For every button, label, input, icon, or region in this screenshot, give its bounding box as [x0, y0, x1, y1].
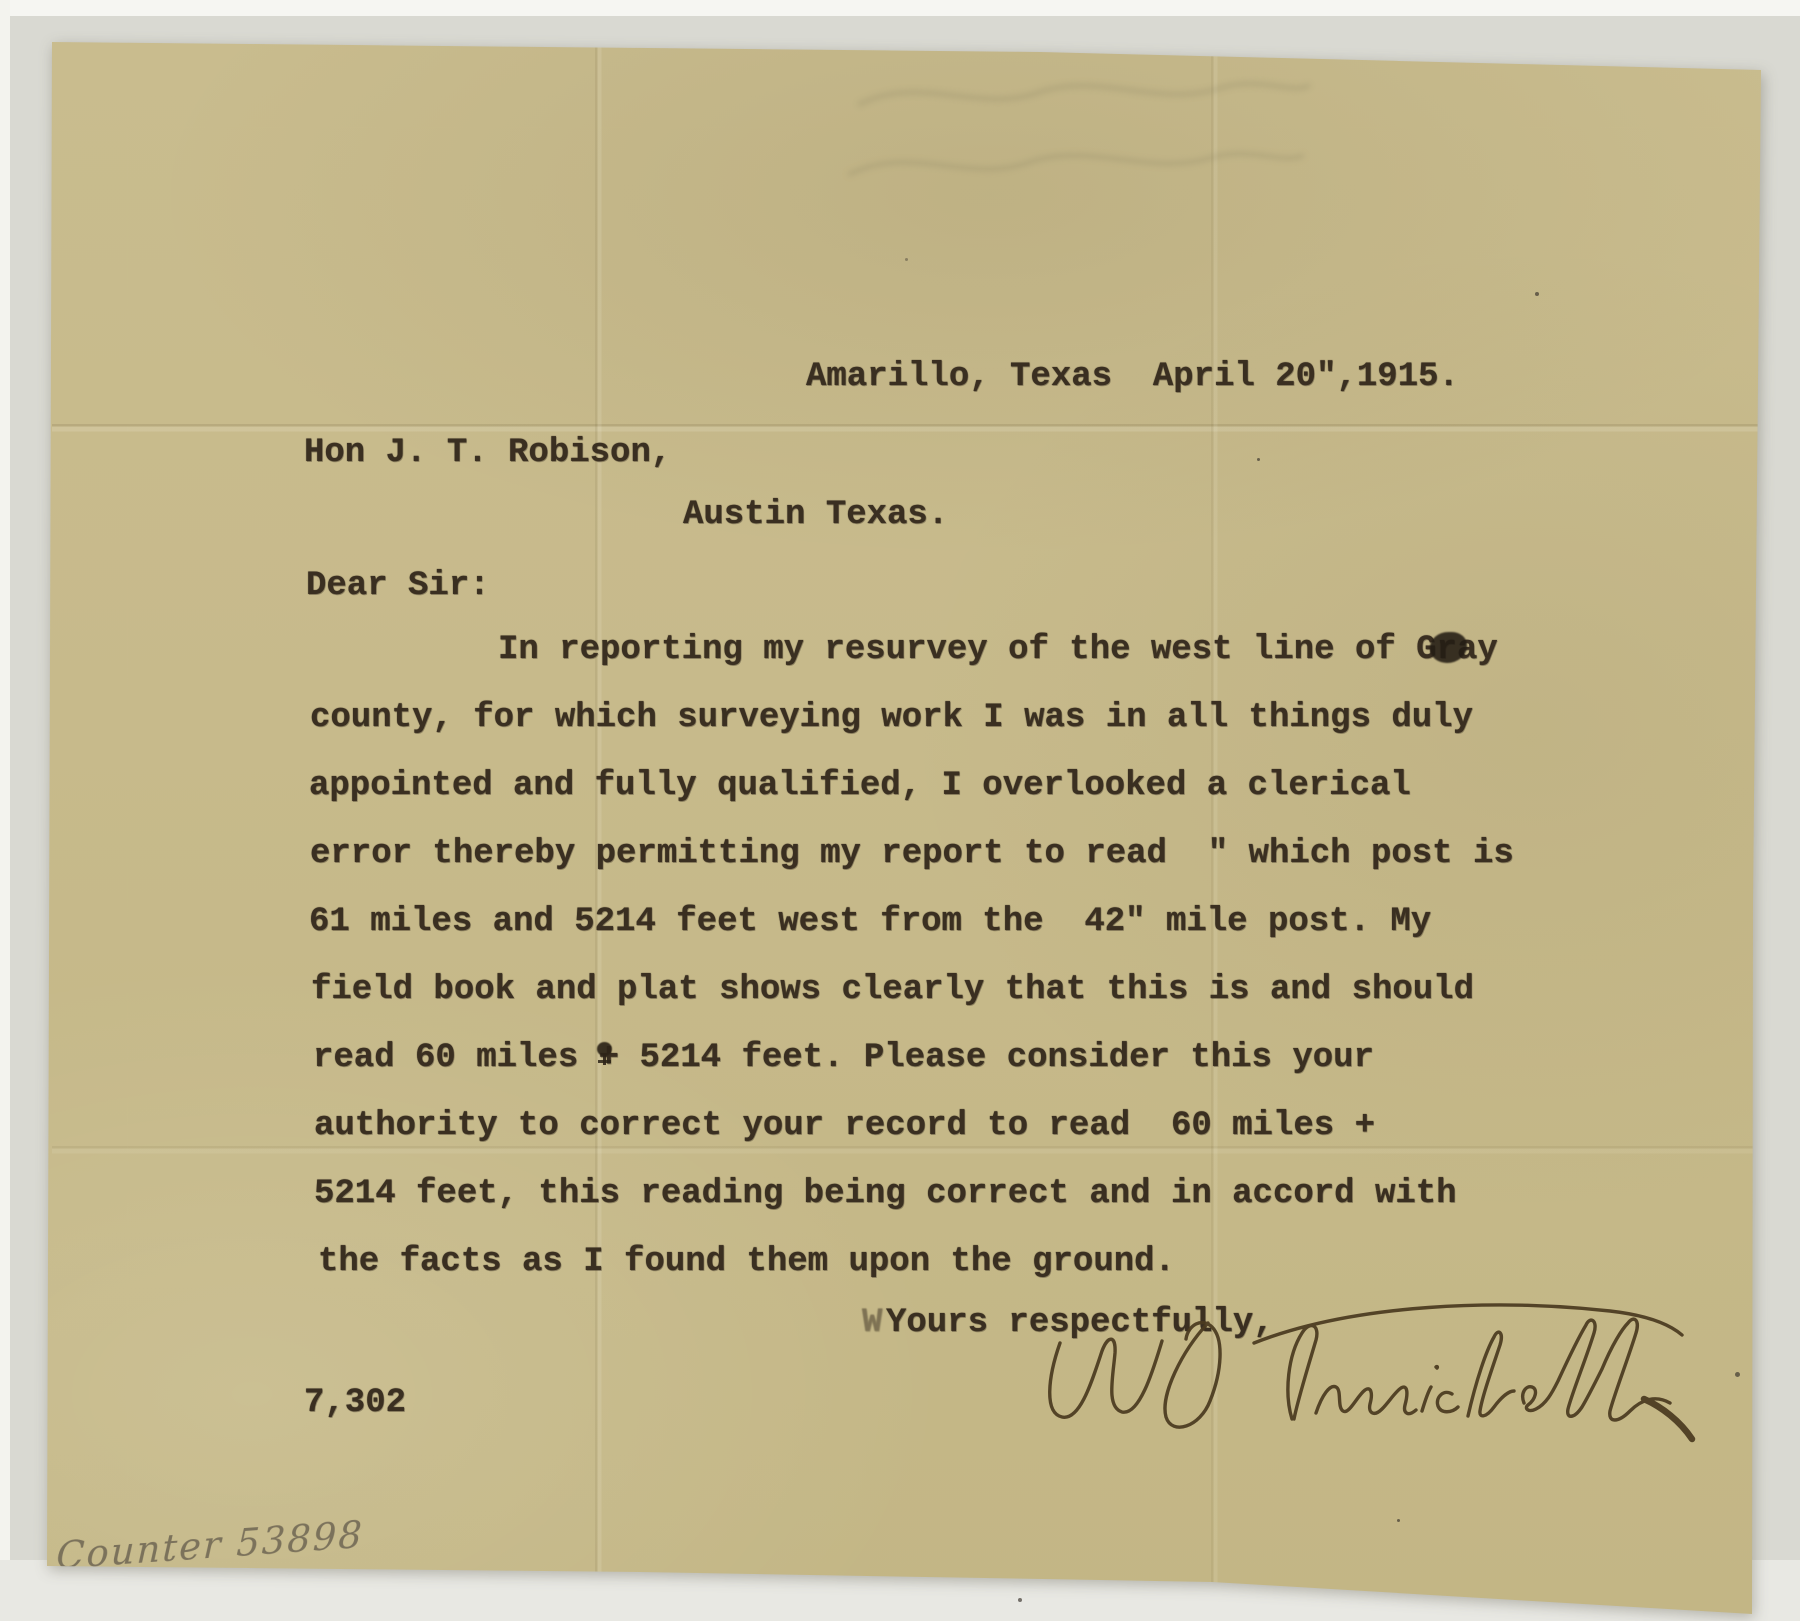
- body-line: 5214 feet, this reading being correct an…: [314, 1173, 1457, 1215]
- salutation: Dear Sir:: [306, 565, 490, 607]
- ink-speck: [905, 258, 908, 261]
- ink-speck: [1397, 1519, 1400, 1522]
- body-line: authority to correct your record to read…: [314, 1105, 1375, 1147]
- body-line: read 60 miles + 5214 feet. Please consid…: [313, 1037, 1374, 1079]
- vertical-fold-crease: [595, 42, 604, 1602]
- recipient-city-line: Austin Texas.: [683, 494, 948, 536]
- body-line: In reporting my resurvey of the west lin…: [498, 629, 1498, 671]
- scanned-letter-page: { "colors": { "bg": "#d9d9d2", "paper": …: [0, 0, 1800, 1621]
- body-line: 61 miles and 5214 feet west from the 42"…: [309, 901, 1431, 943]
- ink-speck: [1535, 292, 1539, 296]
- recipient-line: Hon J. T. Robison,: [304, 432, 671, 474]
- body-line: county, for which surveying work I was i…: [310, 697, 1473, 739]
- ink-speck: [1018, 1598, 1022, 1602]
- body-line: error thereby permitting my report to re…: [310, 833, 1514, 875]
- ink-speck: [1735, 1372, 1740, 1377]
- paper-sheet-wrap: Amarillo, Texas April 20",1915. Hon J. T…: [0, 0, 1800, 1621]
- body-line: appointed and fully qualified, I overloo…: [309, 765, 1411, 807]
- paper-sheet: Amarillo, Texas April 20",1915. Hon J. T…: [0, 0, 1800, 1621]
- overstruck-w: W: [862, 1302, 882, 1344]
- dateline: Amarillo, Texas April 20",1915.: [806, 356, 1459, 398]
- body-line: the facts as I found them upon the groun…: [318, 1241, 1175, 1283]
- file-number: 7,302: [304, 1382, 406, 1424]
- body-line: field book and plat shows clearly that t…: [311, 969, 1474, 1011]
- archive-note: Counter 53898: [56, 1513, 365, 1578]
- bleed-through-writing: [840, 62, 1320, 212]
- horizontal-fold-crease: [52, 1146, 1758, 1156]
- signature: [1040, 1295, 1710, 1465]
- ink-speck: [1257, 458, 1260, 461]
